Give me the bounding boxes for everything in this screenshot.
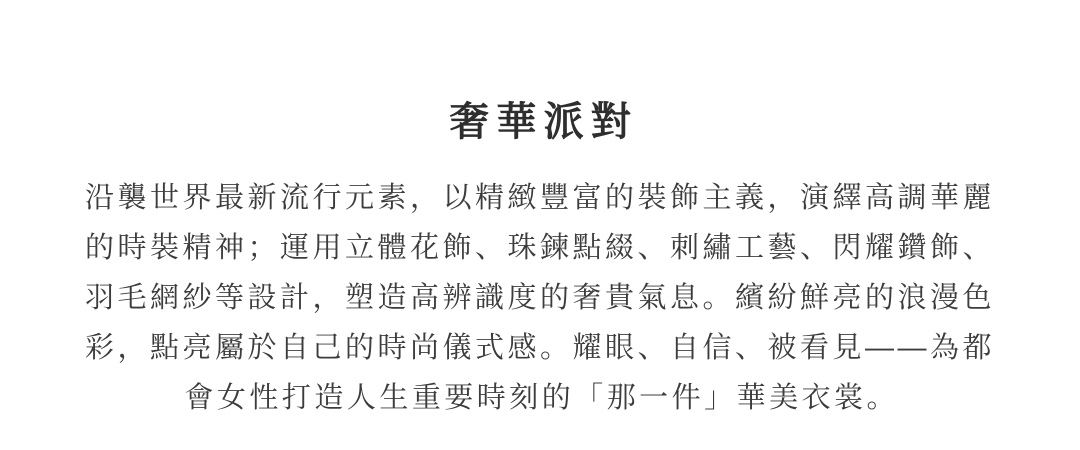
page-title: 奢華派對 <box>85 98 995 146</box>
hero-section: 奢華派對 沿襲世界最新流行元素，以精緻豐富的裝飾主義，演繹高調華麗 的時裝精神；… <box>85 0 995 423</box>
paragraph-line-last: 會女性打造人生重要時刻的「那一件」華美衣裳。 <box>85 373 995 423</box>
description-paragraph: 沿襲世界最新流行元素，以精緻豐富的裝飾主義，演繹高調華麗 的時裝精神；運用立體花… <box>85 173 995 423</box>
paragraph-line: 的時裝精神；運用立體花飾、珠鍊點綴、刺繡工藝、閃耀鑽飾、 <box>85 223 995 273</box>
paragraph-line: 羽毛網紗等設計，塑造高辨識度的奢貴氣息。繽紛鮮亮的浪漫色 <box>85 273 995 323</box>
paragraph-line: 沿襲世界最新流行元素，以精緻豐富的裝飾主義，演繹高調華麗 <box>85 173 995 223</box>
paragraph-line: 彩，點亮屬於自己的時尚儀式感。耀眼、自信、被看見——為都 <box>85 323 995 373</box>
